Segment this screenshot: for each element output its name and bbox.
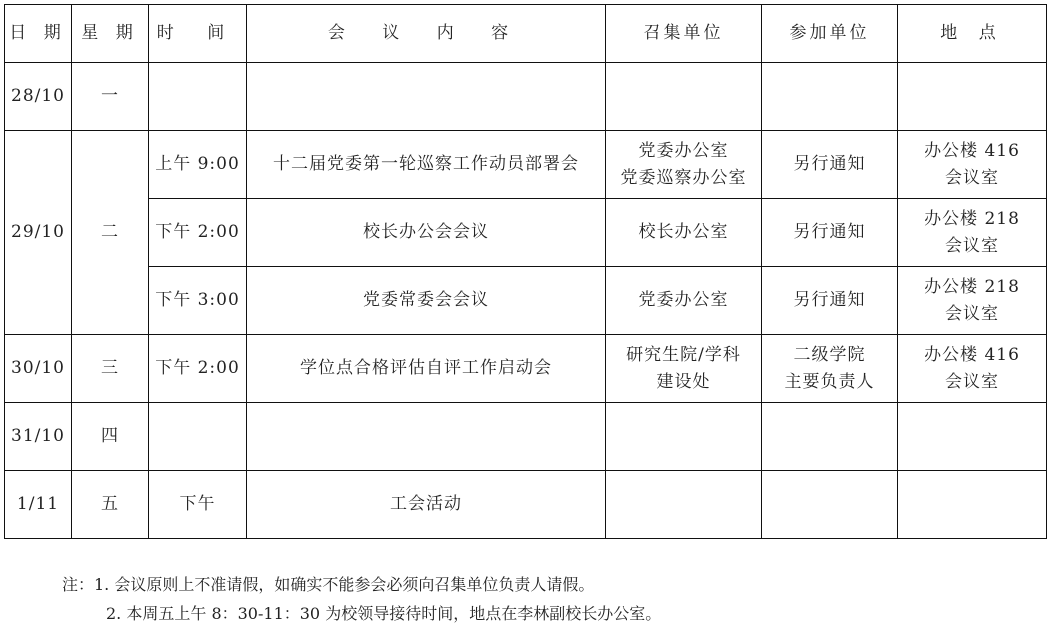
table-row: 31/10 四 [5, 403, 1047, 471]
date-cell: 30/10 [5, 335, 72, 403]
time-cell: 下午 [149, 471, 247, 539]
date-cell: 29/10 [5, 131, 72, 335]
convener-line: 研究生院/学科 [608, 342, 759, 369]
content-cell: 党委常委会会议 [247, 267, 606, 335]
content-cell: 十二届党委第一轮巡察工作动员部署会 [247, 131, 606, 199]
date-cell: 28/10 [5, 63, 72, 131]
header-time: 时 间 [149, 5, 247, 63]
table-row: 1/11 五 下午 工会活动 [5, 471, 1047, 539]
time-cell: 下午 2:00 [149, 199, 247, 267]
location-cell: 办公楼 218 会议室 [898, 267, 1047, 335]
convener-line: 党委办公室 [608, 138, 759, 165]
convener-line: 校长办公室 [608, 219, 759, 246]
content-cell: 学位点合格评估自评工作启动会 [247, 335, 606, 403]
participants-line: 二级学院 [764, 342, 895, 369]
time-cell [149, 63, 247, 131]
notes-section: 注：1. 会议原则上不准请假，如确实不能参会必须向召集单位负责人请假。 2. 本… [62, 570, 661, 627]
location-cell: 办公楼 416 会议室 [898, 131, 1047, 199]
location-line: 会议室 [900, 233, 1044, 260]
location-line: 会议室 [900, 369, 1044, 396]
location-line: 会议室 [900, 301, 1044, 328]
location-cell [898, 403, 1047, 471]
weekday-cell: 三 [72, 335, 149, 403]
location-cell [898, 471, 1047, 539]
location-cell [898, 63, 1047, 131]
location-line: 办公楼 218 [900, 206, 1044, 233]
location-cell: 办公楼 416 会议室 [898, 335, 1047, 403]
participants-cell: 另行通知 [762, 199, 898, 267]
weekday-cell: 五 [72, 471, 149, 539]
header-convener: 召集单位 [606, 5, 762, 63]
time-cell [149, 403, 247, 471]
content-cell: 校长办公会会议 [247, 199, 606, 267]
weekday-cell: 二 [72, 131, 149, 335]
table-row: 28/10 一 [5, 63, 1047, 131]
location-line: 会议室 [900, 165, 1044, 192]
location-line: 办公楼 416 [900, 138, 1044, 165]
convener-cell [606, 403, 762, 471]
convener-line: 党委办公室 [608, 287, 759, 314]
content-cell [247, 63, 606, 131]
table-row: 30/10 三 下午 2:00 学位点合格评估自评工作启动会 研究生院/学科 建… [5, 335, 1047, 403]
table-row: 下午 3:00 党委常委会会议 党委办公室 另行通知 办公楼 218 会议室 [5, 267, 1047, 335]
header-weekday: 星 期 [72, 5, 149, 63]
convener-cell: 校长办公室 [606, 199, 762, 267]
convener-cell [606, 63, 762, 131]
note-2: 2. 本周五上午 8：30-11：30 为校领导接待时间，地点在李林副校长办公室… [62, 599, 661, 627]
convener-cell: 党委办公室 [606, 267, 762, 335]
content-cell [247, 403, 606, 471]
participants-cell: 另行通知 [762, 267, 898, 335]
content-cell: 工会活动 [247, 471, 606, 539]
table-row: 29/10 二 上午 9:00 十二届党委第一轮巡察工作动员部署会 党委办公室 … [5, 131, 1047, 199]
header-date: 日 期 [5, 5, 72, 63]
meeting-schedule-table: 日 期 星 期 时 间 会 议 内 容 召集单位 参加单位 地 点 28/10 … [4, 4, 1047, 539]
participants-cell [762, 403, 898, 471]
header-content: 会 议 内 容 [247, 5, 606, 63]
table-row: 下午 2:00 校长办公会会议 校长办公室 另行通知 办公楼 218 会议室 [5, 199, 1047, 267]
time-cell: 下午 3:00 [149, 267, 247, 335]
convener-cell: 党委办公室 党委巡察办公室 [606, 131, 762, 199]
time-cell: 下午 2:00 [149, 335, 247, 403]
header-row: 日 期 星 期 时 间 会 议 内 容 召集单位 参加单位 地 点 [5, 5, 1047, 63]
time-cell: 上午 9:00 [149, 131, 247, 199]
date-cell: 1/11 [5, 471, 72, 539]
convener-cell [606, 471, 762, 539]
date-cell: 31/10 [5, 403, 72, 471]
weekday-cell: 四 [72, 403, 149, 471]
participants-cell [762, 471, 898, 539]
participants-cell [762, 63, 898, 131]
header-participants: 参加单位 [762, 5, 898, 63]
location-line: 办公楼 218 [900, 274, 1044, 301]
participants-cell: 二级学院 主要负责人 [762, 335, 898, 403]
convener-cell: 研究生院/学科 建设处 [606, 335, 762, 403]
location-cell: 办公楼 218 会议室 [898, 199, 1047, 267]
location-line: 办公楼 416 [900, 342, 1044, 369]
convener-line: 建设处 [608, 369, 759, 396]
participants-cell: 另行通知 [762, 131, 898, 199]
weekday-cell: 一 [72, 63, 149, 131]
header-location: 地 点 [898, 5, 1047, 63]
convener-line: 党委巡察办公室 [608, 165, 759, 192]
participants-line: 主要负责人 [764, 369, 895, 396]
note-1: 注：1. 会议原则上不准请假，如确实不能参会必须向召集单位负责人请假。 [62, 570, 661, 599]
